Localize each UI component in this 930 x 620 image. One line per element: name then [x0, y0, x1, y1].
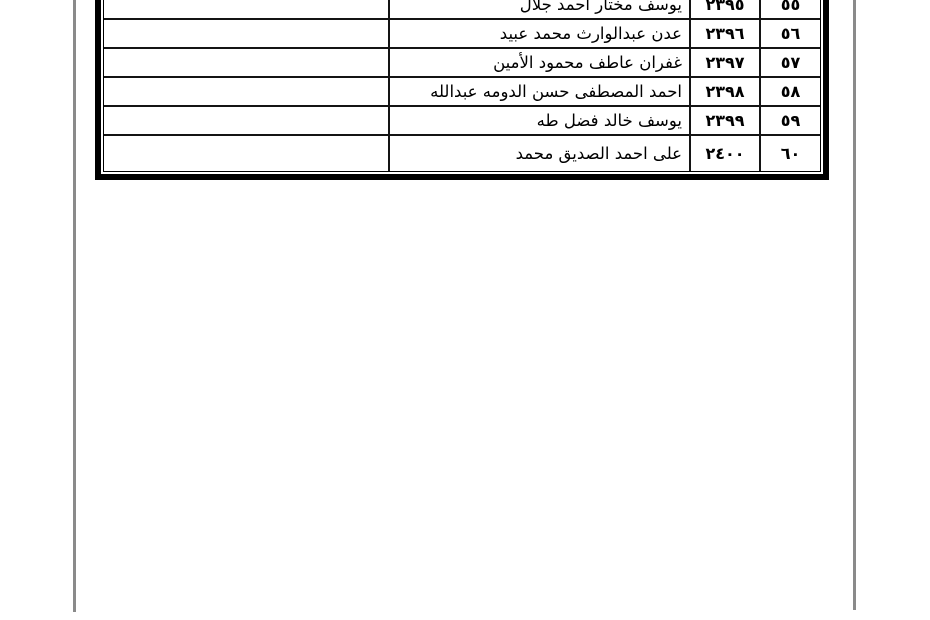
id-number-cell: ٢٣٩٥ [690, 0, 760, 19]
id-number-cell: ٢٣٩٧ [690, 48, 760, 77]
roster-table-inner-border: ٥٥ ٢٣٩٥ يوسف مختار احمد جلال ٥٦ ٢٣٩٦ عدن… [103, 0, 821, 172]
serial-cell: ٥٩ [760, 106, 820, 135]
roster-table-frame: ٥٥ ٢٣٩٥ يوسف مختار احمد جلال ٥٦ ٢٣٩٦ عدن… [95, 0, 829, 180]
name-cell: يوسف خالد فضل طه [389, 106, 690, 135]
name-cell: يوسف مختار احمد جلال [389, 0, 690, 19]
name-cell: غفران عاطف محمود الأمين [389, 48, 690, 77]
page-margin-line-right [853, 0, 856, 610]
name-cell: احمد المصطفى حسن الدومه عبدالله [389, 77, 690, 106]
table-row: ٥٨ ٢٣٩٨ احمد المصطفى حسن الدومه عبدالله [104, 77, 820, 106]
id-number-cell: ٢٣٩٩ [690, 106, 760, 135]
notes-cell [104, 77, 389, 106]
id-number-cell: ٢٣٩٦ [690, 19, 760, 48]
table-row: ٥٦ ٢٣٩٦ عدن عبدالوارث محمد عبيد [104, 19, 820, 48]
document-page: ٥٥ ٢٣٩٥ يوسف مختار احمد جلال ٥٦ ٢٣٩٦ عدن… [0, 0, 930, 620]
serial-cell: ٦٠ [760, 135, 820, 171]
table-row: ٥٩ ٢٣٩٩ يوسف خالد فضل طه [104, 106, 820, 135]
notes-cell [104, 106, 389, 135]
notes-cell [104, 48, 389, 77]
table-row: ٦٠ ٢٤٠٠ على احمد الصديق محمد [104, 135, 820, 171]
serial-cell: ٥٧ [760, 48, 820, 77]
name-cell: عدن عبدالوارث محمد عبيد [389, 19, 690, 48]
notes-cell [104, 0, 389, 19]
serial-cell: ٥٦ [760, 19, 820, 48]
id-number-cell: ٢٣٩٨ [690, 77, 760, 106]
name-cell: على احمد الصديق محمد [389, 135, 690, 171]
serial-cell: ٥٨ [760, 77, 820, 106]
serial-cell: ٥٥ [760, 0, 820, 19]
notes-cell [104, 135, 389, 171]
table-row: ٥٧ ٢٣٩٧ غفران عاطف محمود الأمين [104, 48, 820, 77]
page-margin-line-left [73, 0, 76, 612]
notes-cell [104, 19, 389, 48]
id-number-cell: ٢٤٠٠ [690, 135, 760, 171]
table-row: ٥٥ ٢٣٩٥ يوسف مختار احمد جلال [104, 0, 820, 19]
roster-table: ٥٥ ٢٣٩٥ يوسف مختار احمد جلال ٥٦ ٢٣٩٦ عدن… [104, 0, 820, 171]
